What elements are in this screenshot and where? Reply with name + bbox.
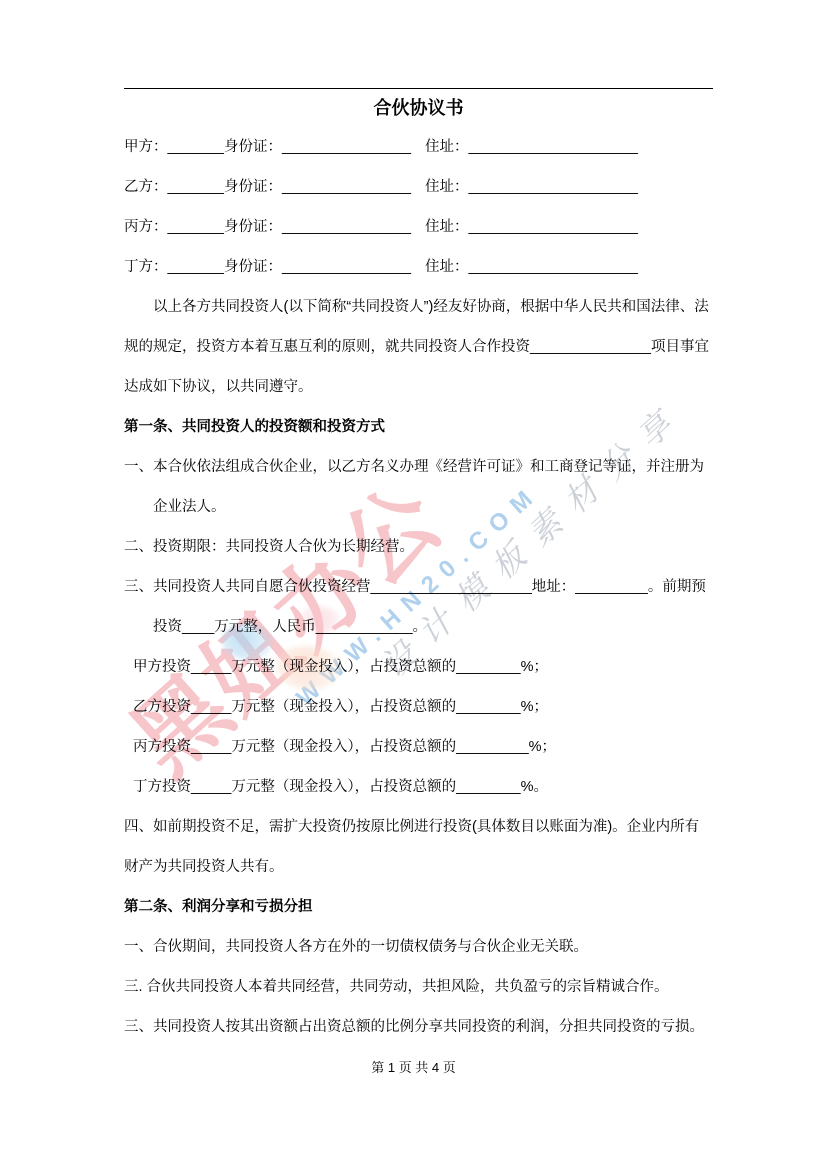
- party-row-b: 乙方：_______身份证：________________住址：_______…: [124, 167, 713, 207]
- investment-line-a: 甲方投资_____万元整（现金投入），占投资总额的________%；: [124, 647, 713, 687]
- party-a-id-label: 身份证：: [224, 139, 282, 155]
- party-d-id-blank: ________________: [282, 259, 411, 275]
- section1-item4: 四、如前期投资不足，需扩大投资仍按原比例进行投资(具体数目以账面为准)。企业内所…: [124, 807, 713, 887]
- party-b-id-blank: ________________: [282, 179, 411, 195]
- party-d-addr-label: 住址：: [425, 259, 469, 275]
- party-c-id-blank: ________________: [282, 219, 411, 235]
- party-c-addr-blank: _____________________: [468, 219, 637, 235]
- document-page: 合伙协议书 甲方：_______身份证：________________住址：_…: [124, 0, 713, 1047]
- party-c-id-label: 身份证：: [224, 219, 282, 235]
- party-b-name-blank: _______: [168, 179, 224, 195]
- party-d-name-blank: _______: [168, 259, 224, 275]
- party-a-addr-label: 住址：: [425, 139, 469, 155]
- section2-item1: 一、合伙期间，共同投资人各方在外的一切债权债务与合伙企业无关联。: [124, 927, 713, 967]
- page-number-footer: 第 1 页 共 4 页: [0, 1058, 827, 1078]
- party-d-addr-blank: _____________________: [468, 259, 637, 275]
- party-a-label: 甲方：: [124, 139, 168, 155]
- party-row-a: 甲方：_______身份证：________________住址：_______…: [124, 127, 713, 167]
- investment-line-b: 乙方投资_____万元整（现金投入），占投资总额的________%；: [124, 687, 713, 727]
- party-a-name-blank: _______: [168, 139, 224, 155]
- party-d-id-label: 身份证：: [224, 259, 282, 275]
- section2-item3: 三、共同投资人按其出资额占出资总额的比例分享共同投资的利润，分担共同投资的亏损。: [124, 1007, 713, 1047]
- party-c-label: 丙方：: [124, 219, 168, 235]
- party-a-id-blank: ________________: [282, 139, 411, 155]
- party-row-c: 丙方：_______身份证：________________住址：_______…: [124, 207, 713, 247]
- section1-heading: 第一条、共同投资人的投资额和投资方式: [124, 407, 713, 447]
- party-d-label: 丁方：: [124, 259, 168, 275]
- section2-heading: 第二条、利润分享和亏损分担: [124, 887, 713, 927]
- section1-item1: 一、本合伙依法组成合伙企业，以乙方名义办理《经营许可证》和工商登记等证，并注册为…: [124, 447, 713, 527]
- party-b-addr-blank: _____________________: [468, 179, 637, 195]
- intro-paragraph: 以上各方共同投资人(以下简称“共同投资人”)经友好协商，根据中华人民共和国法律、…: [124, 287, 713, 407]
- document-title: 合伙协议书: [124, 89, 713, 127]
- party-b-id-label: 身份证：: [224, 179, 282, 195]
- investment-line-d: 丁方投资_____万元整（现金投入），占投资总额的________%。: [124, 767, 713, 807]
- party-b-addr-label: 住址：: [425, 179, 469, 195]
- section1-item2: 二、投资期限：共同投资人合伙为长期经营。: [124, 527, 713, 567]
- section1-item3: 三、共同投资人共同自愿合伙投资经营____________________地址：…: [124, 567, 713, 647]
- section2-item2: 三. 合伙共同投资人本着共同经营，共同劳动，共担风险，共负盈亏的宗旨精诚合作。: [124, 967, 713, 1007]
- party-row-d: 丁方：_______身份证：________________住址：_______…: [124, 247, 713, 287]
- investment-line-c: 丙方投资_____万元整（现金投入），占投资总额的_________%；: [124, 727, 713, 767]
- party-a-addr-blank: _____________________: [468, 139, 637, 155]
- party-c-addr-label: 住址：: [425, 219, 469, 235]
- party-b-label: 乙方：: [124, 179, 168, 195]
- party-c-name-blank: _______: [168, 219, 224, 235]
